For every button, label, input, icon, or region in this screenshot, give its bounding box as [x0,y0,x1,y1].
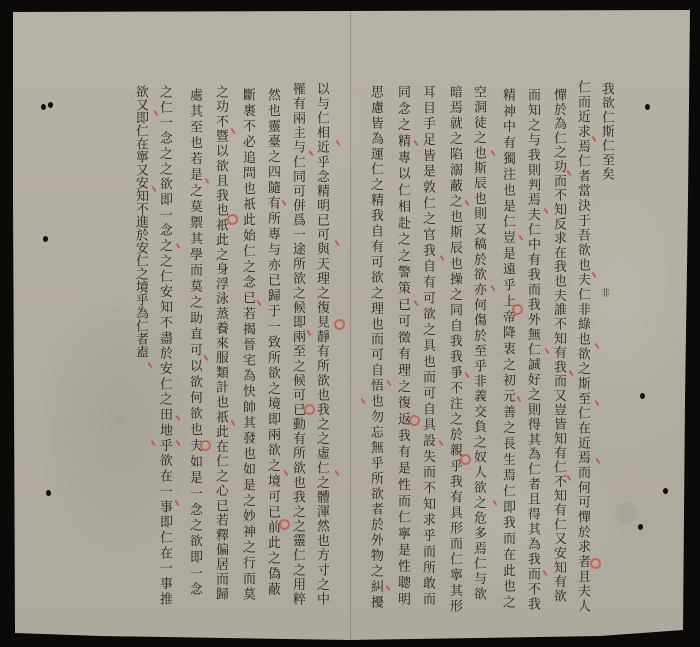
text-column: 處其至也若是之莫禦其學而莫之助直可以欲何欲也夫如是一念之欲即一念 [186,88,202,595]
red-circle-mark [227,214,238,225]
marginal-correction-note: 非 [598,288,611,297]
red-circle-mark [334,319,345,330]
text-column: 仁而近求焉仁者當決于吾欲也夫仁非綠也欲之斯至仁在近焉而何可憚於求者且夫人 [574,80,590,612]
text-column: 而知之与我則判焉夫仁中有我而我外無仁誠好之則得其為仁者且得其為我而不我 [524,88,540,610]
text-column: 思慮皆為運仁之精我自有可欲之理也而可自悟也勿忘無乎所欲者於外物之糾擾 [367,85,383,608]
text-column: 欲又即仁在寧又安知不進於安仁之境乎為仁者盍視夫仁 [132,85,148,358]
binding-hole [663,488,668,494]
text-column: 精神中有獨注也是仁豈是遠乎上帝降衷之初元善之長生焉仁即我而在此也之 [499,88,515,608]
binding-hole [48,102,53,108]
text-column: 暗焉就之陷溺蔽之也斯辰也操之同自我我爭不注之於親乎我有具形而仁寧其形 [446,85,462,612]
text-column: 同念之精專以仁相赴之之警策已可徵有理之復返我有是性而仁寧是性聰明 [394,85,410,605]
red-circle-mark [409,415,420,426]
text-column: 空洞徒之也斯辰也則又稿於欲亦何傷於至乎非義交負之奴人欲之危多焉仁与欲 [470,85,486,600]
text-column: 之仁一念之之欲即一念之之仁安知不盡於安仁之田地乎欲在一事即仁在一事推 [156,85,172,605]
red-circle-mark [200,440,211,451]
red-circle-mark [304,404,315,415]
page-fold-line [350,12,351,640]
binding-hole [640,393,645,399]
text-column: 以与仁相近乎念精明已可與天理之復見靜有所欲也我之之虛仁之體渾然也方寸之中 [313,82,329,605]
text-column: 然也靈臺之四隨有所專与亦已歸于一致所欲之境即兩欲之境可已前此之偽蔽 [264,88,280,595]
text-column: 斷裹不必追問也祇此始仁之念已若揭晉宅為快帥其發也如是之妙神之行而莫 [239,88,255,600]
red-circle-mark [590,558,601,569]
essay-title-column: 我欲仁斯仁至矣 [598,82,614,180]
text-column: 之功不暨以欲且我也祇此之身浮泳蒸養來服類計也祇此在仁之心已若釋偏居而歸 [212,85,228,600]
red-circle-mark [460,454,471,465]
red-circle-mark [512,304,523,315]
binding-hole [41,104,46,110]
text-column: 罹有兩主与仁同可併爲一途所欲之候即兩至之候可已動有所欲也我之之靈仁之用粹 [289,82,305,605]
text-column: 耳目手足皆是敦仁之官我自有可欲之具也而可自具設失而不知求乎而所敢而 [419,85,435,605]
binding-hole [645,104,650,110]
binding-hole [46,490,51,496]
red-circle-mark [279,519,290,530]
paper-stain [615,502,637,524]
binding-hole [638,524,643,530]
text-column: 憚於為仁之功而不知反求在我也夫誰不知有我而又豈皆知有仁不知有仁又安知有欲 [550,88,566,602]
binding-hole [43,236,48,242]
